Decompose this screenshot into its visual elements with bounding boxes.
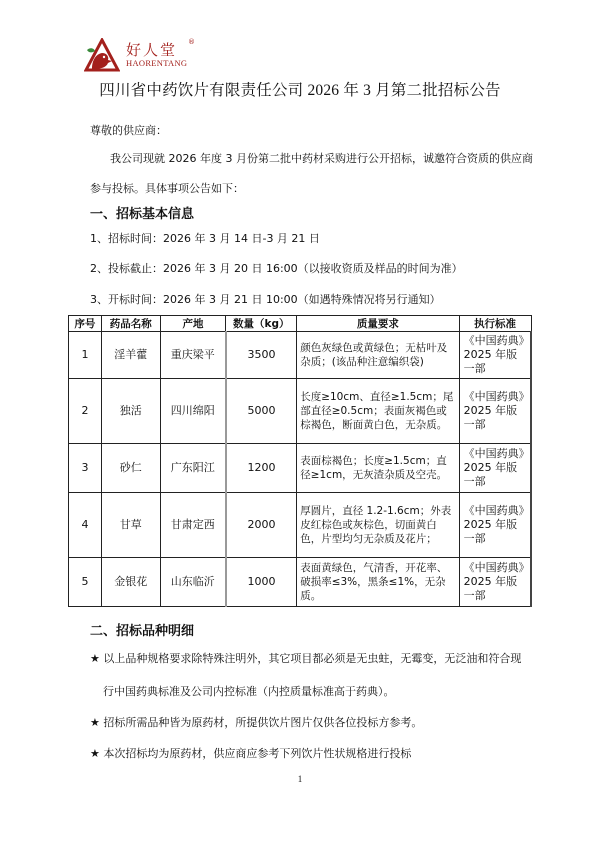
cell-name: 砂仁: [101, 444, 160, 493]
registered-mark: ®: [188, 38, 195, 46]
cell-standard: 《中国药典》2025 年版一部: [459, 332, 531, 379]
cell-standard: 《中国药典》2025 年版一部: [459, 558, 531, 607]
bird-triangle-logo-icon: [84, 38, 120, 72]
note-text: 本次招标均为原药材，供应商应参考下列饮片性状规格进行投标: [103, 747, 411, 760]
cell-qty: 1000: [226, 558, 297, 607]
header-name: 药品名称: [101, 316, 160, 332]
page-number: 1: [0, 774, 600, 784]
cell-quality: 颜色灰绿色或黄绿色；无枯叶及杂质；(该品种注意编织袋): [297, 332, 459, 379]
cell-origin: 山东临沂: [160, 558, 226, 607]
info-item-bid-time: 1、招标时间：2026 年 3 月 14 日-3 月 21 日: [90, 230, 320, 246]
cell-name: 甘草: [101, 493, 160, 558]
cell-quality: 长度≥10cm、直径≥1.5cm；尾部直径≥0.5cm；表面灰褐色或棕褐色，断面…: [297, 379, 459, 444]
cell-quality: 表面黄绿色，气清香，开花率、破损率≤3%，黑条≤1%，无杂质。: [297, 558, 459, 607]
note-text: 招标所需品种皆为原药材，所提供饮片图片仅供各位投标方参考。: [103, 716, 422, 729]
cell-no: 4: [69, 493, 102, 558]
cell-no: 5: [69, 558, 102, 607]
header-quality: 质量要求: [297, 316, 459, 332]
greeting: 尊敬的供应商：: [90, 122, 167, 138]
cell-no: 3: [69, 444, 102, 493]
star-icon: ★: [90, 747, 100, 760]
table-row: 4 甘草 甘肃定西 2000 厚圆片，直径 1.2-1.6cm；外表皮红棕色或灰…: [69, 493, 532, 558]
cell-qty: 5000: [226, 379, 297, 444]
header-standard: 执行标准: [459, 316, 531, 332]
info-item-deadline: 2、投标截止：2026 年 3 月 20 日 16:00（以接收资质及样品的时间…: [90, 260, 463, 276]
cell-name: 独活: [101, 379, 160, 444]
cell-name: 淫羊藿: [101, 332, 160, 379]
header-quantity: 数量（kg）: [226, 316, 297, 332]
table-row: 5 金银花 山东临沂 1000 表面黄绿色，气清香，开花率、破损率≤3%，黑条≤…: [69, 558, 532, 607]
cell-standard: 《中国药典》2025 年版一部: [459, 493, 531, 558]
cell-name: 金银花: [101, 558, 160, 607]
cell-quality: 厚圆片，直径 1.2-1.6cm；外表皮红棕色或灰棕色，切面黄白色，片型均匀无杂…: [297, 493, 459, 558]
note-1-line-1: ★ 以上品种规格要求除特殊注明外，其它项目都必须是无虫蛀，无霉变，无泛油和符合现: [90, 650, 521, 666]
note-text: 以上品种规格要求除特殊注明外，其它项目都必须是无虫蛀，无霉变，无泛油和符合现: [103, 652, 521, 665]
cell-origin: 四川绵阳: [160, 379, 226, 444]
table-header-row: 序号 药品名称 产地 数量（kg） 质量要求 执行标准: [69, 316, 532, 332]
section-1-heading: 一、招标基本信息: [90, 203, 194, 222]
table-row: 3 砂仁 广东阳江 1200 表面棕褐色；长度≥1.5cm；直径≥1cm，无灰渣…: [69, 444, 532, 493]
cell-standard: 《中国药典》2025 年版一部: [459, 379, 531, 444]
document-title: 四川省中药饮片有限责任公司 2026 年 3 月第二批招标公告: [0, 78, 600, 100]
table-row: 2 独活 四川绵阳 5000 长度≥10cm、直径≥1.5cm；尾部直径≥0.5…: [69, 379, 532, 444]
cell-origin: 甘肃定西: [160, 493, 226, 558]
table-row: 1 淫羊藿 重庆梁平 3500 颜色灰绿色或黄绿色；无枯叶及杂质；(该品种注意编…: [69, 332, 532, 379]
note-1-line-2: 行中国药典标准及公司内控标准（内控质量标准高于药典）。: [103, 683, 395, 699]
star-icon: ★: [90, 652, 100, 665]
header-origin: 产地: [160, 316, 226, 332]
cell-qty: 1200: [226, 444, 297, 493]
cell-no: 2: [69, 379, 102, 444]
intro-line-2: 参与投标。具体事项公告如下：: [90, 180, 244, 196]
cell-qty: 3500: [226, 332, 297, 379]
cell-no: 1: [69, 332, 102, 379]
company-logo: 好人堂 ® HAORENTANG: [84, 38, 204, 72]
cell-origin: 广东阳江: [160, 444, 226, 493]
star-icon: ★: [90, 716, 100, 729]
note-3: ★ 本次招标均为原药材，供应商应参考下列饮片性状规格进行投标: [90, 745, 411, 761]
cell-origin: 重庆梁平: [160, 332, 226, 379]
cell-qty: 2000: [226, 493, 297, 558]
header-no: 序号: [69, 316, 102, 332]
cell-quality: 表面棕褐色；长度≥1.5cm；直径≥1cm，无灰渣杂质及空壳。: [297, 444, 459, 493]
section-2-heading: 二、招标品种明细: [90, 620, 194, 639]
logo-chinese-name: 好人堂: [126, 39, 177, 60]
intro-line-1: 我公司现就 2026 年度 3 月份第二批中药材采购进行公开招标，诚邀符合资质的…: [110, 150, 533, 166]
cell-standard: 《中国药典》2025 年版一部: [459, 444, 531, 493]
info-item-opening-time: 3、开标时间：2026 年 3 月 21 日 10:00（如遇特殊情况将另行通知…: [90, 291, 441, 307]
note-2: ★ 招标所需品种皆为原药材，所提供饮片图片仅供各位投标方参考。: [90, 714, 422, 730]
logo-english-name: HAORENTANG: [126, 58, 187, 68]
bid-items-table: 序号 药品名称 产地 数量（kg） 质量要求 执行标准 1 淫羊藿 重庆梁平 3…: [68, 315, 532, 607]
